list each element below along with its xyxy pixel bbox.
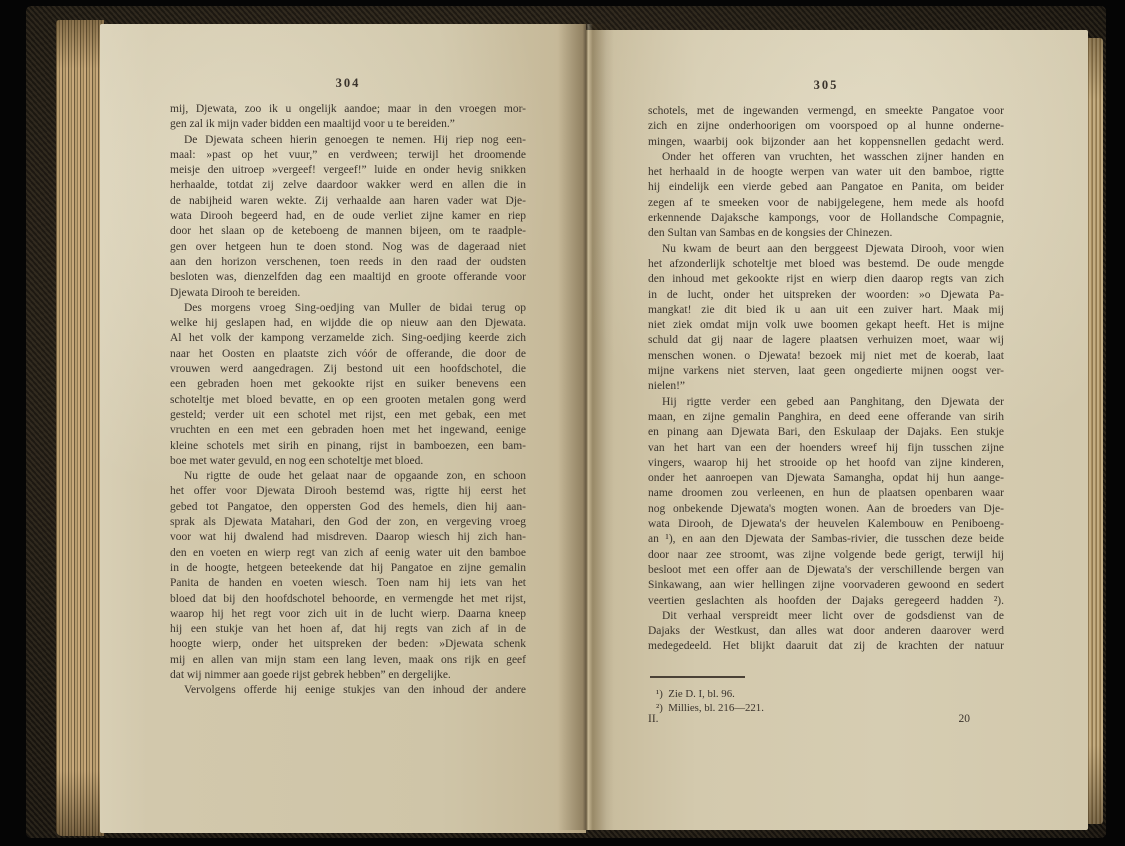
text-line: Hij rigtte verder een gebed aan Panghita… <box>648 395 1004 410</box>
text-line: besloten was, dienzelfden dag een maalti… <box>170 270 526 285</box>
text-line: door het slaan op de keteboeng de mannen… <box>170 224 526 239</box>
text-line: Onder het offeren van vruchten, het wass… <box>648 150 1004 165</box>
signature-mark: II. <box>648 713 659 725</box>
text-line: een gebraden hoen met gekookte rijst en … <box>170 377 526 392</box>
page-edges-right <box>1088 38 1103 824</box>
text-line: waarop hij het regt voor zich uit in de … <box>170 607 526 622</box>
text-line: veertien geslachten als hoofden der Daja… <box>648 594 1004 609</box>
text-line: nog onbekende Djewata's mogten wonen. Aa… <box>648 502 1004 517</box>
footnote-line: ¹) Zie D. I, bl. 96. <box>648 687 1004 701</box>
text-line: mijne varkens niet sterven, laat geen on… <box>648 364 1004 379</box>
text-line: name droomen zou verleenen, en hun de pl… <box>648 486 1004 501</box>
text-line: hij een stukje van het hoen af, dat hij … <box>170 622 526 637</box>
left-page-text: mij, Djewata, zoo ik u ongelijk aandoe; … <box>170 102 526 706</box>
text-line: gebed tot Pangatoe, den oppersten God de… <box>170 500 526 515</box>
text-line: erkennende Dajaksche kampongs, voor de H… <box>648 211 1004 226</box>
text-line: den en voeten en wierp regt van zich af … <box>170 546 526 561</box>
text-line: De Djewata scheen hierin genoegen te nem… <box>170 133 526 148</box>
text-line: de nabijheid waren wekte. Zij verhaalde … <box>170 194 526 209</box>
signature-row: II. 20 <box>648 713 1004 725</box>
text-line: vingers, waarop hij het strooide op het … <box>648 456 1004 471</box>
text-line: besloot met een offer aan de Djewata's d… <box>648 563 1004 578</box>
text-line: nielen!” <box>648 379 1004 394</box>
text-line: boe met water gevuld, en nog een schotel… <box>170 454 526 469</box>
text-line: het offer voor Djewata Dirooh bestemd wa… <box>170 484 526 499</box>
text-line: Nu kwam de beurt aan den berggeest Djewa… <box>648 242 1004 257</box>
text-line: Nu rigtte de oude het gelaat naar de opg… <box>170 469 526 484</box>
text-line: kleine schotels met sirih en pinang, rij… <box>170 439 526 454</box>
text-line: Dajaks der Westkust, dan alles wat door … <box>648 624 1004 639</box>
text-line: schotels, met de ingewanden vermengd, en… <box>648 104 1004 119</box>
text-line: gen over hetgeen hun te doen stond. Nog … <box>170 240 526 255</box>
text-line: zegen af te smeeken voor de nabijgelegen… <box>648 196 1004 211</box>
footnote-rule <box>650 676 745 678</box>
text-line: in de lucht, onder het uitspreken der wo… <box>648 288 1004 303</box>
text-line: Vervolgens offerde hij eenige stukjes va… <box>170 683 526 698</box>
text-line: door naar zee stroomt, was zijne volgend… <box>648 548 1004 563</box>
text-line: gesteld; verder uit een schotel met rijs… <box>170 408 526 423</box>
text-line: Panita de handen en voeten wiesch. Toen … <box>170 576 526 591</box>
text-line: Djewata Dirooh te bereiden. <box>170 286 526 301</box>
text-line: mingen, waarbij ook bijzonder aan het ko… <box>648 135 1004 150</box>
text-line: en pinang aan Djewata Bari, den Eskulaap… <box>648 425 1004 440</box>
text-line: schoteltje met bloed bevatte, en op een … <box>170 393 526 408</box>
text-line: welke hij geslapen had, en wijdde die op… <box>170 316 526 331</box>
text-line: hoogte wierp, onder het uitspreken der b… <box>170 637 526 652</box>
text-line: maal: »past op het vuur,” en verdween; t… <box>170 148 526 163</box>
right-page-text: schotels, met de ingewanden vermengd, en… <box>648 104 1004 662</box>
text-line: voor wat hij dwalend had misdreven. Daar… <box>170 530 526 545</box>
text-line: medegedeeld. Het blijkt daaruit dat zij … <box>648 639 1004 654</box>
text-line: mij en allen van mijn stam een lang leve… <box>170 653 526 668</box>
text-line: meisje den uitroep »vergeef! vergeef!” l… <box>170 163 526 178</box>
text-line: Sinkawang, aan wier hellingen zijne voor… <box>648 578 1004 593</box>
text-line: onder het aanroepen van Djewata Samangha… <box>648 471 1004 486</box>
page-number-right: 305 <box>648 78 1004 93</box>
text-line: Des morgens vroeg Sing-oedjing van Mulle… <box>170 301 526 316</box>
text-line: wata Dirooh begeerd had, en de oude verl… <box>170 209 526 224</box>
text-line: Dit verhaal verspreidt meer licht over d… <box>648 609 1004 624</box>
text-line: mij, Djewata, zoo ik u ongelijk aandoe; … <box>170 102 526 117</box>
text-line: niet ziek omdat mijn volk uwe boomen gek… <box>648 318 1004 333</box>
text-line: menschen wonen. o Djewata! bezoek mij ni… <box>648 349 1004 364</box>
text-line: hij eindelijk een vierde gebed aan Panga… <box>648 180 1004 195</box>
text-line: in de hoogte, hetgeen beteekende dat hij… <box>170 561 526 576</box>
text-line: schuld dat gij naar de lagere plaatsen v… <box>648 333 1004 348</box>
text-line: het afzonderlijk schoteltje met bloed wa… <box>648 257 1004 272</box>
text-line: an ¹), en aan den Djewata der Sambas-riv… <box>648 532 1004 547</box>
text-line: mangkat! zie dit bied ik u aan uit een z… <box>648 303 1004 318</box>
text-line: dat wij nimmer aan goede rijst gebrek he… <box>170 668 526 683</box>
book-photo: 304 mij, Djewata, zoo ik u ongelijk aand… <box>0 0 1125 846</box>
page-edges-left <box>56 20 104 836</box>
text-line: gen zal ik mijn vader bidden een maaltij… <box>170 117 526 132</box>
footnotes: ¹) Zie D. I, bl. 96.²) Millies, bl. 216—… <box>648 687 1004 715</box>
text-line: wata Dirooh, de Djewata's der heuvelen K… <box>648 517 1004 532</box>
left-page: 304 mij, Djewata, zoo ik u ongelijk aand… <box>100 24 586 833</box>
text-line: sprak als Djewata Matahari, den God der … <box>170 515 526 530</box>
text-line: bloed dat bij den hoofdschotel behoorde,… <box>170 592 526 607</box>
text-line: Al het volk der kampong verzamelde zich.… <box>170 331 526 346</box>
text-line: vrouwen werd aangedragen. Zij bestond ui… <box>170 362 526 377</box>
text-line: van het hart van een der hoenders wreef … <box>648 441 1004 456</box>
text-line: zich en zijne onderhoorigen om voorspoed… <box>648 119 1004 134</box>
text-line: herhaalde, totdat zij zelve daardoor wak… <box>170 178 526 193</box>
text-line: den Sultan van Sambas en de kongsies der… <box>648 226 1004 241</box>
text-line: maan, en zijne gemalin Panghira, en deed… <box>648 410 1004 425</box>
text-line: den inhoud met gekookte rijst en wierp d… <box>648 272 1004 287</box>
sheet-number: 20 <box>959 713 971 725</box>
right-page: 305 schotels, met de ingewanden vermengd… <box>586 30 1088 830</box>
text-line: naar het Oosten en plaatste zich vóór de… <box>170 347 526 362</box>
page-number-left: 304 <box>170 76 526 91</box>
text-line: aan den horizon verschenen, toen reeds i… <box>170 255 526 270</box>
text-line: het herhaald in de hoogte werpen van wat… <box>648 165 1004 180</box>
text-line: vruchten en een met een gebraden hoen me… <box>170 423 526 438</box>
